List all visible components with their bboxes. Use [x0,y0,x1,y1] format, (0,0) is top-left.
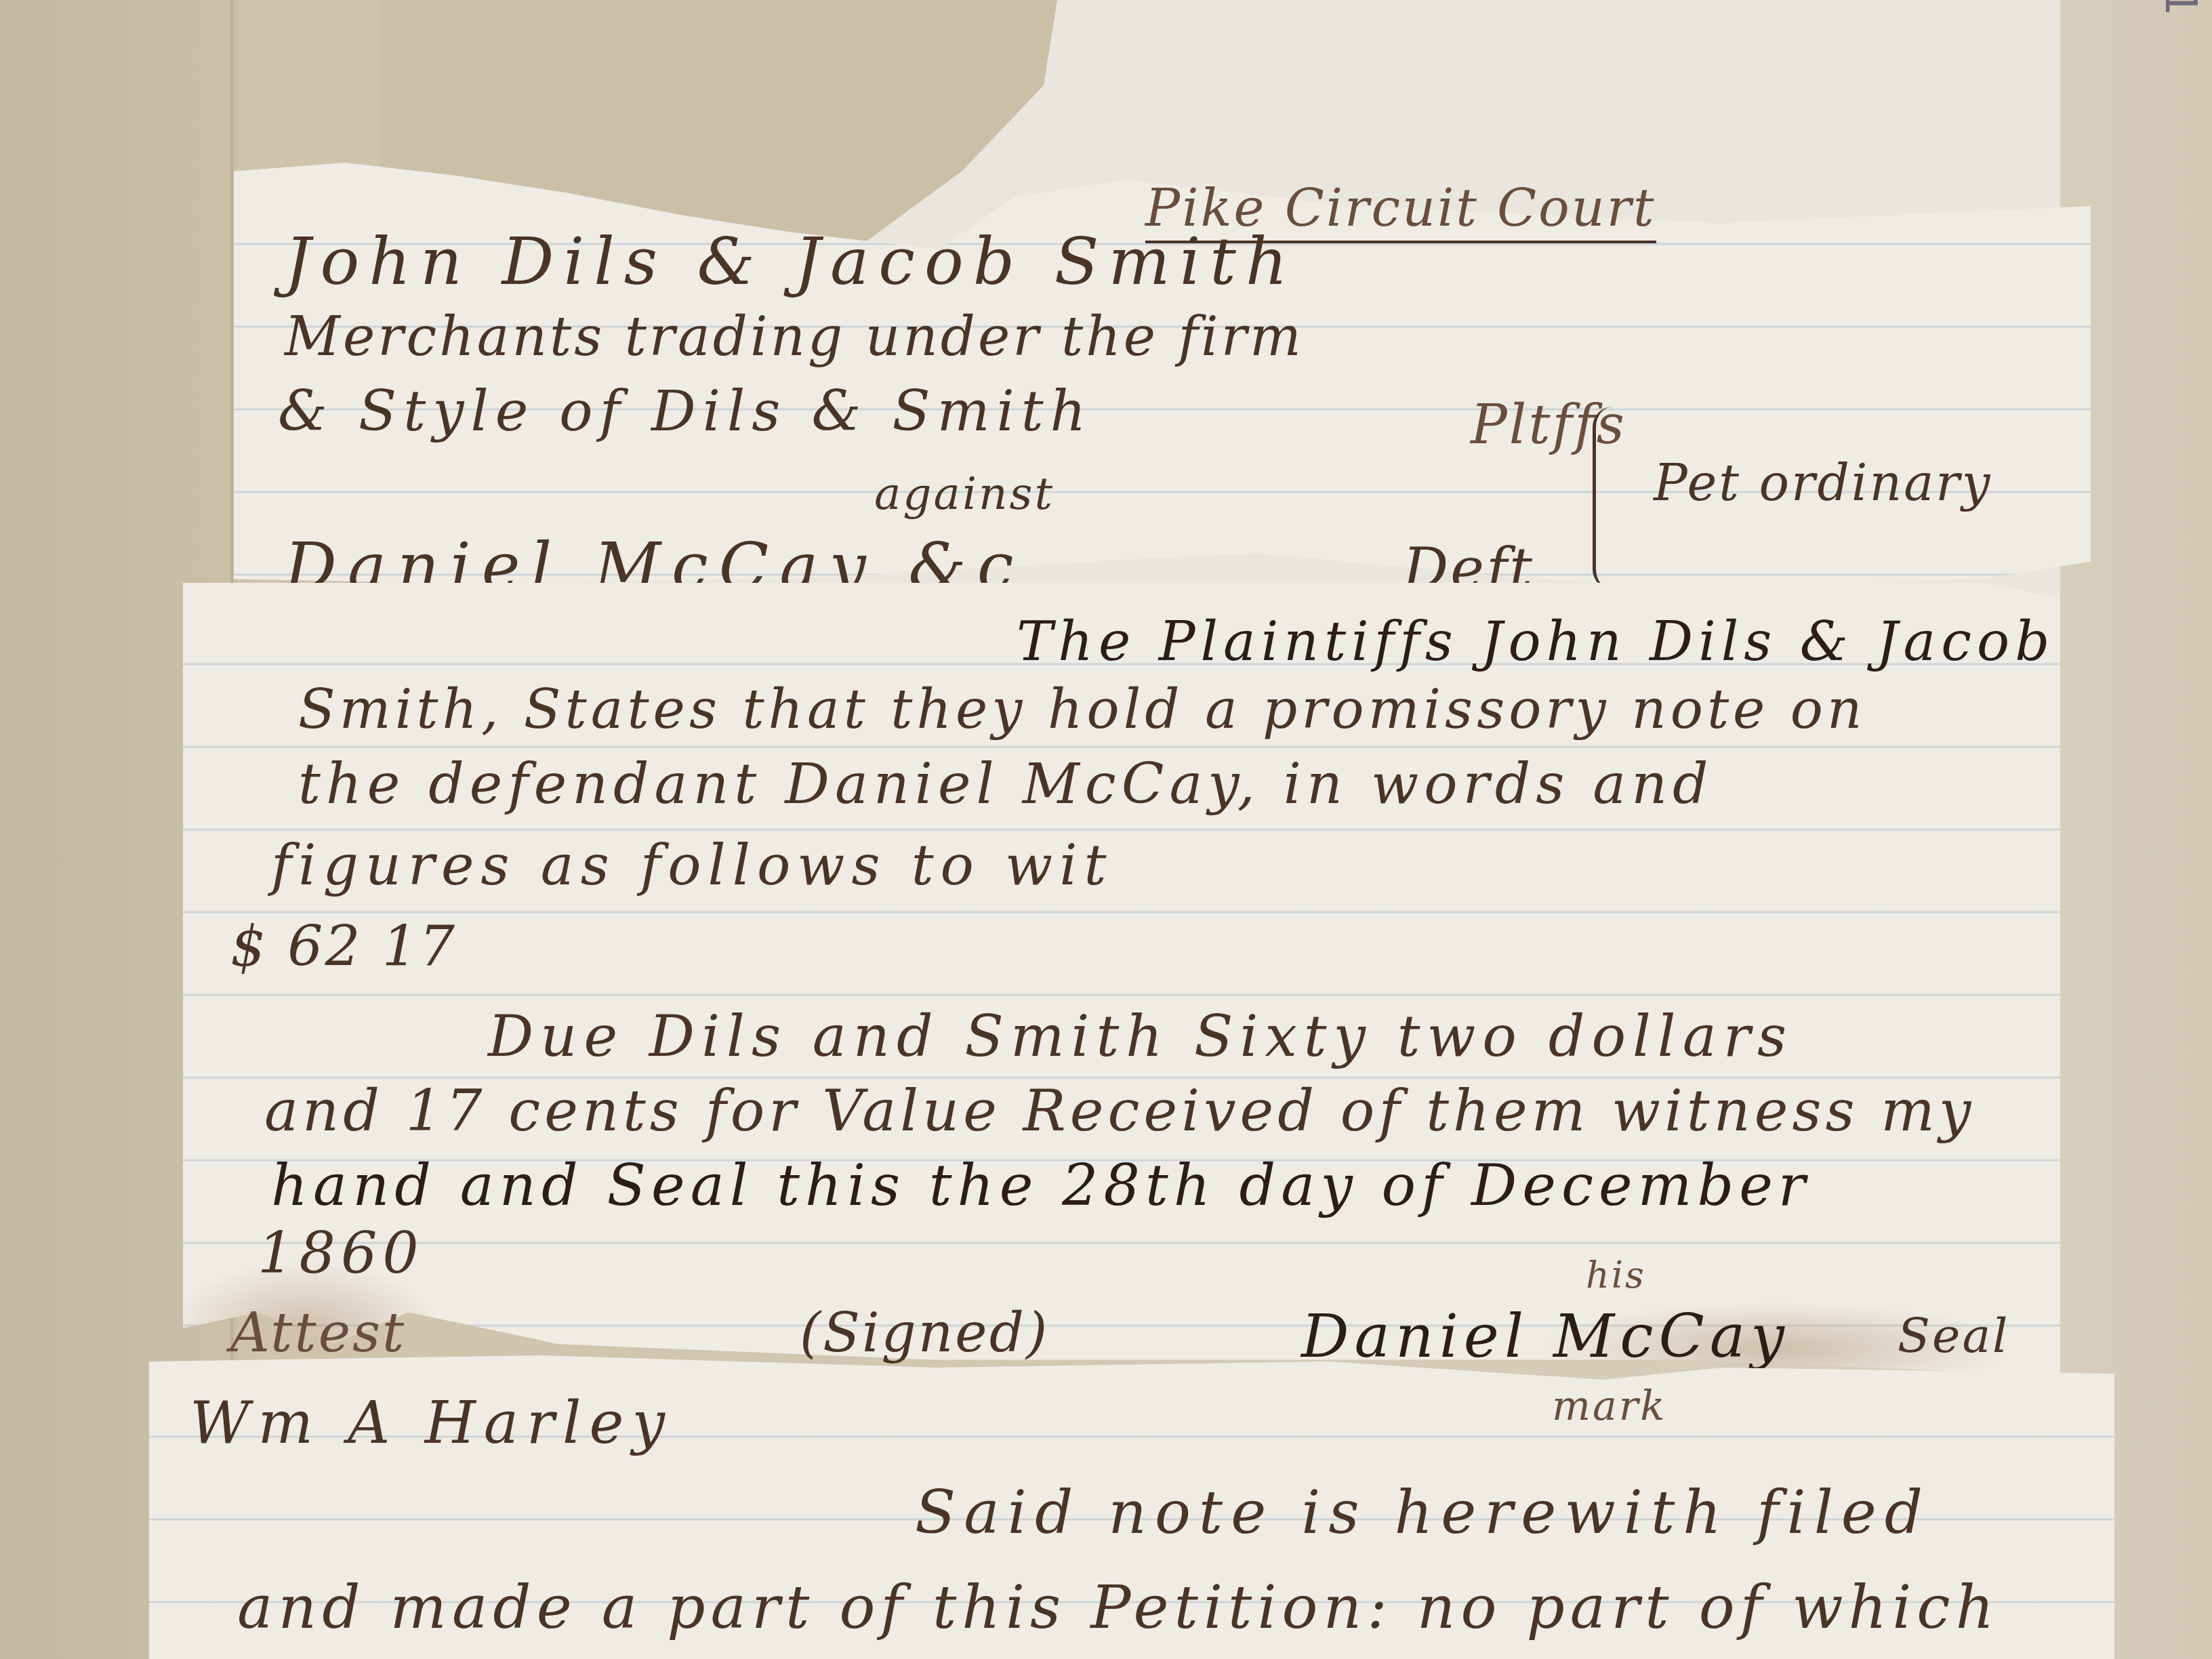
his-label: his [1586,1254,1646,1296]
seal-mark: Seal [1898,1308,2010,1364]
signer-name: Daniel McCay [1301,1301,1790,1371]
note-line-2: and 17 cents for Value Received of them … [264,1078,1975,1144]
caption-line-1: John Dils & Jacob Smith [285,224,1297,300]
body-line-1: The Plaintiffs John Dils & Jacob [1017,610,2055,673]
note-line-4: 1860 [258,1220,424,1286]
note-line-3: hand and Seal this the 28th day of Decem… [271,1152,1811,1218]
body-line-4: figures as follows to wit [271,834,1113,898]
note-amount: $ 62 17 [230,915,457,979]
body-line-3: the defendant Daniel McCay, in words and [298,752,1714,817]
witness-name: Wm A Harley [190,1389,673,1457]
signed-label: (Signed) [800,1301,1049,1364]
note-line-1: Due Dils and Smith Sixty two dollars [488,1003,1793,1069]
continuation-line-2: and made a part of this Petition: no par… [237,1572,1999,1642]
caption-brace [1593,407,1623,590]
folder-pencil-note: D/S 1 [2155,0,2205,20]
body-line-2: Smith, States that they hold a promissor… [298,678,1866,741]
mark-label: mark [1552,1382,1667,1430]
caption-line-3: & Style of Dils & Smith [278,380,1092,444]
caption-line-2: Merchants trading under the firm [285,305,1304,368]
continuation-line-1: Said note is herewith filed [915,1477,1931,1547]
against-label: against [874,468,1054,520]
attest-label: Attest [230,1301,406,1364]
proceeding-type: Pet ordinary [1654,454,1992,512]
